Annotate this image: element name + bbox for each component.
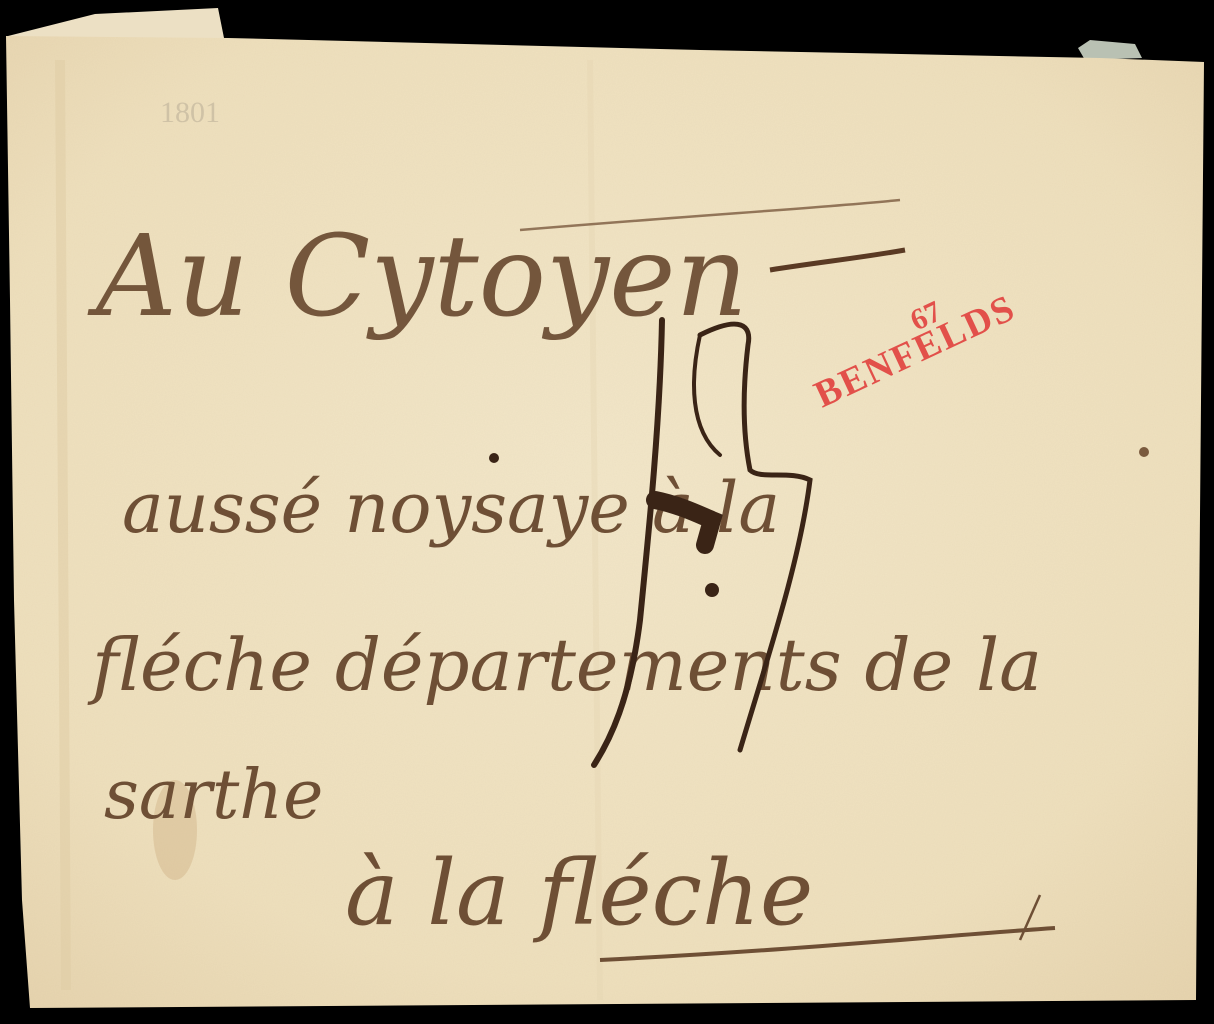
letter-photo: 1801 67 BENFELDS Au Cytoyen aussé noysay… [0, 0, 1214, 1024]
top-right-tab [1078, 40, 1142, 60]
address-line-5: à la fléche [345, 841, 813, 946]
letter-illustration: 1801 67 BENFELDS Au Cytoyen aussé noysay… [0, 0, 1214, 1024]
docket-date: 1801 [160, 96, 220, 129]
address-line-4: sarthe [104, 756, 323, 835]
address-line-3: fléche départements de la [87, 623, 1042, 707]
address-line-1: Au Cytoyen [87, 212, 748, 342]
postage-rate-label: 13 [0, 0, 16, 4]
